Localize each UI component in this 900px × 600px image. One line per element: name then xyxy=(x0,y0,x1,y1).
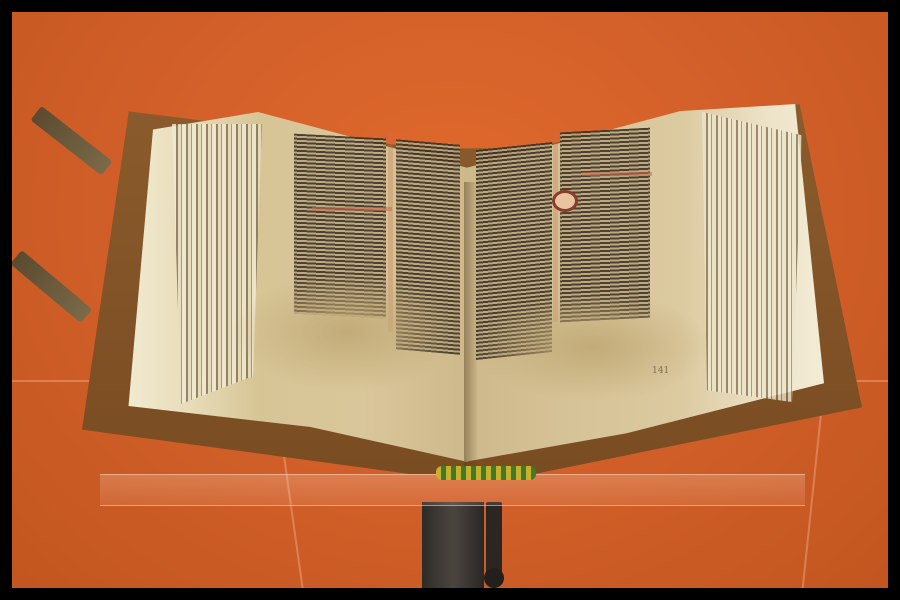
illuminated-initial xyxy=(552,190,578,212)
right-page-edges xyxy=(702,112,802,402)
wall-seam xyxy=(802,392,825,588)
wall-seam xyxy=(282,452,303,588)
photograph: 141 xyxy=(12,12,888,588)
lectern-knob xyxy=(484,568,504,588)
water-stain xyxy=(472,292,712,402)
headband xyxy=(436,466,536,480)
rubric-line xyxy=(582,172,652,176)
lectern-post xyxy=(422,502,484,588)
book-gutter xyxy=(464,182,478,467)
brass-clasp-upper xyxy=(30,106,112,176)
brass-clasp-lower xyxy=(12,250,92,323)
rubric-line xyxy=(312,207,392,211)
photo-frame: 141 xyxy=(0,0,900,600)
water-stain xyxy=(232,272,462,392)
folio-number: 141 xyxy=(652,366,669,376)
